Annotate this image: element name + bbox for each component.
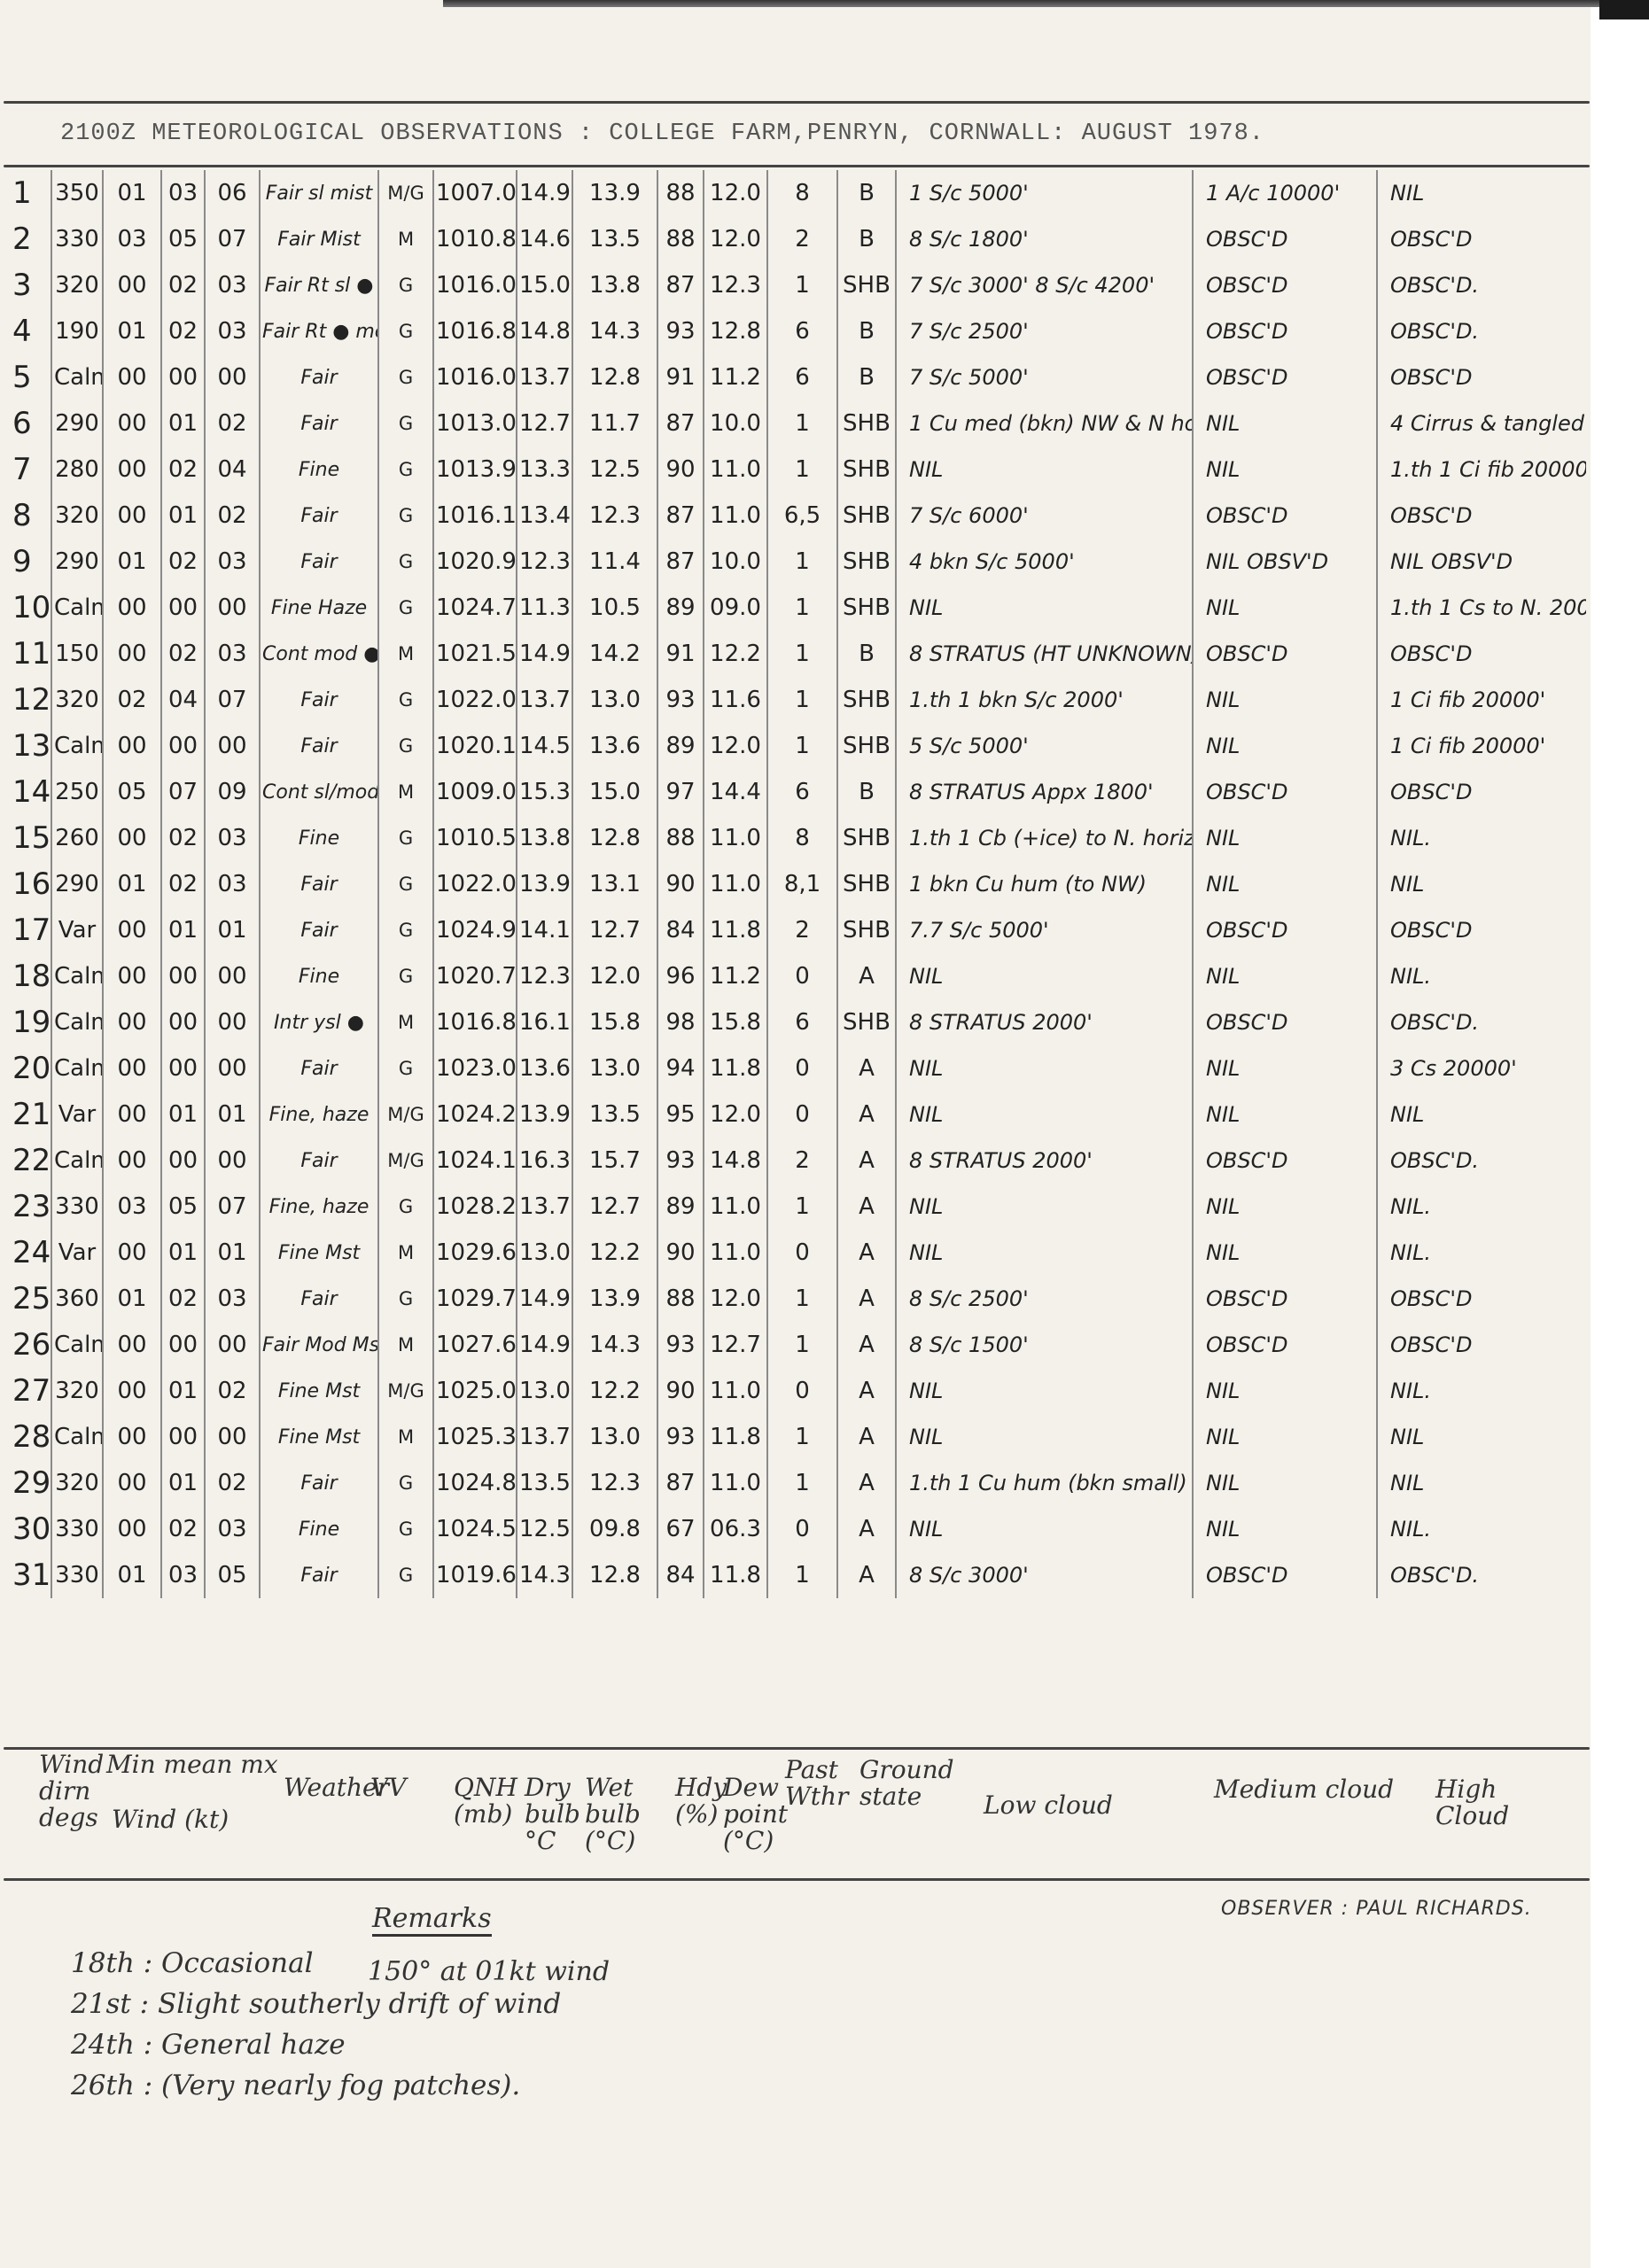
cell-min: 02	[103, 677, 161, 723]
cell-vv: G	[378, 447, 433, 493]
cell-max: 03	[205, 861, 260, 907]
cell-dew: 12.0	[704, 1091, 767, 1138]
cell-medium: OBSC'D	[1193, 493, 1377, 539]
cell-hum: 94	[657, 1045, 704, 1091]
scan-corner	[1599, 0, 1649, 19]
cell-hum: 87	[657, 539, 704, 585]
cell-hum: 88	[657, 170, 704, 216]
table-row: 23330030507Fine, hazeG1028.213.712.78911…	[5, 1184, 1586, 1230]
cell-weather: Fine Mst	[260, 1230, 378, 1276]
cell-dry: 16.3	[517, 1138, 572, 1184]
cell-day: 15	[5, 815, 51, 861]
cell-min: 03	[103, 216, 161, 262]
cell-medium: NIL	[1193, 447, 1377, 493]
cell-dir: 290	[51, 400, 103, 447]
table-row: 25360010203FairG1029.714.913.98812.01A8 …	[5, 1276, 1586, 1322]
cell-qnh: 1009.0	[433, 769, 517, 815]
legend-medium-cloud: Medium cloud	[1214, 1776, 1394, 1803]
cell-mean: 00	[161, 723, 205, 769]
table-row: 26Calm000000Fair Mod MstM1027.614.914.39…	[5, 1322, 1586, 1368]
cell-weather: Fair	[260, 354, 378, 400]
cell-max: 01	[205, 1230, 260, 1276]
remark-day: 26th :	[71, 2070, 152, 2101]
cell-day: 14	[5, 769, 51, 815]
cell-past: 1	[767, 262, 837, 308]
cell-mean: 02	[161, 815, 205, 861]
cell-past: 1	[767, 1276, 837, 1322]
table-row: 24Var000101Fine MstM1029.613.012.29011.0…	[5, 1230, 1586, 1276]
cell-dry: 15.3	[517, 769, 572, 815]
cell-day: 12	[5, 677, 51, 723]
cell-low: 7 S/c 5000'	[896, 354, 1193, 400]
cell-weather: Intr ysl ●	[260, 999, 378, 1045]
cell-dew: 12.2	[704, 631, 767, 677]
cell-day: 24	[5, 1230, 51, 1276]
cell-qnh: 1022.0	[433, 677, 517, 723]
cell-low: NIL	[896, 1091, 1193, 1138]
cell-max: 07	[205, 677, 260, 723]
page-title: 2100Z METEOROLOGICAL OBSERVATIONS : COLL…	[60, 120, 1567, 147]
legend-wet: Wet bulb (°C)	[585, 1775, 638, 1854]
cell-day: 3	[5, 262, 51, 308]
cell-high: NIL	[1377, 1460, 1586, 1506]
cell-day: 25	[5, 1276, 51, 1322]
cell-weather: Fair	[260, 1045, 378, 1091]
cell-dew: 11.0	[704, 1184, 767, 1230]
cell-past: 1	[767, 1184, 837, 1230]
cell-min: 01	[103, 1276, 161, 1322]
cell-day: 13	[5, 723, 51, 769]
cell-hum: 90	[657, 447, 704, 493]
cell-dir: Calm	[51, 999, 103, 1045]
cell-vv: M	[378, 1322, 433, 1368]
cell-weather: Fair	[260, 677, 378, 723]
column-legend: Wind dirn degs Min mean mx Wind (kt) Wea…	[18, 1750, 1577, 1856]
cell-dry: 13.7	[517, 1414, 572, 1460]
cell-min: 00	[103, 999, 161, 1045]
cell-vv: M	[378, 216, 433, 262]
cell-max: 02	[205, 493, 260, 539]
cell-vv: G	[378, 493, 433, 539]
cell-medium: OBSC'D	[1193, 308, 1377, 354]
cell-low: 1 S/c 5000'	[896, 170, 1193, 216]
cell-vv: M	[378, 769, 433, 815]
cell-past: 6	[767, 999, 837, 1045]
cell-wet: 13.6	[572, 723, 657, 769]
cell-dry: 12.7	[517, 400, 572, 447]
cell-min: 00	[103, 1138, 161, 1184]
cell-weather: Fair	[260, 861, 378, 907]
cell-past: 0	[767, 1506, 837, 1552]
cell-vv: G	[378, 308, 433, 354]
cell-low: 7 S/c 2500'	[896, 308, 1193, 354]
cell-ground: SHB	[837, 677, 896, 723]
cell-min: 03	[103, 1184, 161, 1230]
cell-max: 00	[205, 585, 260, 631]
cell-wet: 13.9	[572, 170, 657, 216]
cell-wet: 12.7	[572, 1184, 657, 1230]
cell-ground: A	[837, 1368, 896, 1414]
cell-weather: Fair Rt sl ●	[260, 262, 378, 308]
cell-weather: Fine Mst	[260, 1414, 378, 1460]
cell-max: 07	[205, 1184, 260, 1230]
cell-past: 0	[767, 1045, 837, 1091]
cell-qnh: 1016.0	[433, 262, 517, 308]
cell-hum: 87	[657, 493, 704, 539]
cell-qnh: 1016.8	[433, 308, 517, 354]
cell-dir: 330	[51, 216, 103, 262]
cell-wet: 13.5	[572, 1091, 657, 1138]
cell-hum: 93	[657, 1138, 704, 1184]
table-row: 11150000203Cont mod ●M1021.514.914.29112…	[5, 631, 1586, 677]
cell-max: 03	[205, 539, 260, 585]
cell-medium: NIL	[1193, 1414, 1377, 1460]
cell-low: NIL	[896, 953, 1193, 999]
cell-weather: Fair	[260, 1138, 378, 1184]
cell-vv: G	[378, 585, 433, 631]
cell-low: 4 bkn S/c 5000'	[896, 539, 1193, 585]
cell-ground: SHB	[837, 861, 896, 907]
cell-dry: 14.6	[517, 216, 572, 262]
cell-day: 7	[5, 447, 51, 493]
cell-medium: NIL OBSV'D	[1193, 539, 1377, 585]
cell-qnh: 1016.8	[433, 999, 517, 1045]
cell-day: 22	[5, 1138, 51, 1184]
cell-ground: A	[837, 1552, 896, 1598]
cell-day: 1	[5, 170, 51, 216]
cell-vv: G	[378, 1460, 433, 1506]
cell-max: 02	[205, 1460, 260, 1506]
cell-qnh: 1024.8	[433, 1460, 517, 1506]
cell-low: 1.th 1 Cu hum (bkn small) 2500'	[896, 1460, 1193, 1506]
cell-ground: A	[837, 1091, 896, 1138]
cell-max: 00	[205, 1138, 260, 1184]
cell-wet: 14.3	[572, 308, 657, 354]
cell-high: 3 Cs 20000'	[1377, 1045, 1586, 1091]
cell-medium: 1 A/c 10000'	[1193, 170, 1377, 216]
cell-wet: 14.2	[572, 631, 657, 677]
cell-medium: OBSC'D	[1193, 999, 1377, 1045]
cell-low: 1.th 1 Cb (+ice) to N. horizon	[896, 815, 1193, 861]
cell-dew: 12.0	[704, 723, 767, 769]
cell-min: 00	[103, 1045, 161, 1091]
cell-past: 1	[767, 447, 837, 493]
cell-high: OBSC'D.	[1377, 999, 1586, 1045]
cell-qnh: 1024.2	[433, 1091, 517, 1138]
cell-medium: NIL	[1193, 1230, 1377, 1276]
cell-high: OBSC'D	[1377, 631, 1586, 677]
cell-hum: 87	[657, 400, 704, 447]
cell-dir: 330	[51, 1184, 103, 1230]
cell-low: 8 STRATUS 2000'	[896, 999, 1193, 1045]
cell-ground: B	[837, 769, 896, 815]
cell-dew: 12.0	[704, 1276, 767, 1322]
table-row: 7280000204FineG1013.913.312.59011.01SHBN…	[5, 447, 1586, 493]
table-row: 30330000203FineG1024.512.509.86706.30ANI…	[5, 1506, 1586, 1552]
cell-qnh: 1029.7	[433, 1276, 517, 1322]
remark-18th-detail: 150° at 01kt wind	[368, 1956, 610, 1987]
cell-max: 06	[205, 170, 260, 216]
cell-wet: 13.5	[572, 216, 657, 262]
cell-dry: 13.9	[517, 1091, 572, 1138]
cell-vv: G	[378, 953, 433, 999]
cell-wet: 15.0	[572, 769, 657, 815]
cell-qnh: 1013.0	[433, 400, 517, 447]
cell-past: 8	[767, 815, 837, 861]
table-row: 14250050709Cont sl/mod ●M1009.015.315.09…	[5, 769, 1586, 815]
cell-qnh: 1024.1	[433, 1138, 517, 1184]
cell-dew: 11.0	[704, 815, 767, 861]
cell-qnh: 1013.9	[433, 447, 517, 493]
cell-wet: 15.8	[572, 999, 657, 1045]
cell-low: 8 STRATUS 2000'	[896, 1138, 1193, 1184]
table-row: 21Var000101Fine, hazeM/G1024.213.913.595…	[5, 1091, 1586, 1138]
cell-low: NIL	[896, 1184, 1193, 1230]
table-row: 19Calm000000Intr ysl ●M1016.816.115.8981…	[5, 999, 1586, 1045]
cell-dry: 14.1	[517, 907, 572, 953]
cell-weather: Fine Mst	[260, 1368, 378, 1414]
cell-max: 03	[205, 262, 260, 308]
cell-weather: Fine, haze	[260, 1184, 378, 1230]
cell-hum: 95	[657, 1091, 704, 1138]
cell-dir: 190	[51, 308, 103, 354]
cell-low: NIL	[896, 1506, 1193, 1552]
cell-dir: 320	[51, 493, 103, 539]
cell-low: 1 Cu med (bkn) NW & N horizons	[896, 400, 1193, 447]
cell-high: 1.th 1 Ci fib 20000'	[1377, 447, 1586, 493]
cell-medium: OBSC'D	[1193, 1552, 1377, 1598]
cell-past: 0	[767, 1368, 837, 1414]
cell-ground: SHB	[837, 907, 896, 953]
cell-vv: G	[378, 677, 433, 723]
cell-day: 18	[5, 953, 51, 999]
cell-ground: A	[837, 1506, 896, 1552]
cell-dew: 12.0	[704, 170, 767, 216]
cell-qnh: 1022.0	[433, 861, 517, 907]
cell-dry: 13.4	[517, 493, 572, 539]
cell-qnh: 1029.6	[433, 1230, 517, 1276]
cell-max: 02	[205, 1368, 260, 1414]
top-rule	[4, 101, 1590, 104]
cell-wet: 12.2	[572, 1368, 657, 1414]
cell-min: 00	[103, 400, 161, 447]
cell-medium: NIL	[1193, 400, 1377, 447]
cell-dew: 10.0	[704, 400, 767, 447]
cell-vv: G	[378, 1045, 433, 1091]
cell-high: NIL	[1377, 861, 1586, 907]
cell-day: 19	[5, 999, 51, 1045]
cell-ground: A	[837, 1276, 896, 1322]
cell-wet: 13.0	[572, 1414, 657, 1460]
cell-low: NIL	[896, 1045, 1193, 1091]
cell-dew: 10.0	[704, 539, 767, 585]
cell-high: NIL	[1377, 1414, 1586, 1460]
table-row: 8320000102FairG1016.113.412.38711.06,5SH…	[5, 493, 1586, 539]
cell-dry: 15.0	[517, 262, 572, 308]
cell-min: 00	[103, 1506, 161, 1552]
cell-day: 6	[5, 400, 51, 447]
cell-mean: 00	[161, 1322, 205, 1368]
observations-body: 1350010306Fair sl mistM/G1007.014.913.98…	[5, 170, 1586, 1598]
cell-high: NIL.	[1377, 1184, 1586, 1230]
cell-max: 07	[205, 216, 260, 262]
cell-hum: 89	[657, 585, 704, 631]
cell-min: 00	[103, 1414, 161, 1460]
cell-past: 8,1	[767, 861, 837, 907]
cell-dir: Var	[51, 1091, 103, 1138]
cell-hum: 84	[657, 1552, 704, 1598]
cell-medium: NIL	[1193, 723, 1377, 769]
cell-max: 04	[205, 447, 260, 493]
cell-high: OBSC'D.	[1377, 1552, 1586, 1598]
legend-past: Past Wthr	[785, 1757, 838, 1810]
cell-mean: 02	[161, 539, 205, 585]
table-row: 13Calm000000FairG1020.114.513.68912.01SH…	[5, 723, 1586, 769]
cell-low: 8 S/c 1500'	[896, 1322, 1193, 1368]
cell-day: 21	[5, 1091, 51, 1138]
cell-mean: 00	[161, 1138, 205, 1184]
cell-hum: 97	[657, 769, 704, 815]
cell-qnh: 1007.0	[433, 170, 517, 216]
cell-dew: 11.0	[704, 1460, 767, 1506]
cell-vv: G	[378, 907, 433, 953]
cell-high: OBSC'D	[1377, 907, 1586, 953]
cell-past: 1	[767, 723, 837, 769]
cell-vv: M/G	[378, 170, 433, 216]
cell-ground: A	[837, 1460, 896, 1506]
cell-vv: G	[378, 861, 433, 907]
cell-qnh: 1024.9	[433, 907, 517, 953]
cell-weather: Cont mod ●	[260, 631, 378, 677]
cell-low: NIL	[896, 1230, 1193, 1276]
cell-high: OBSC'D	[1377, 1322, 1586, 1368]
cell-dry: 12.5	[517, 1506, 572, 1552]
cell-ground: SHB	[837, 539, 896, 585]
cell-ground: A	[837, 1322, 896, 1368]
cell-high: OBSC'D	[1377, 354, 1586, 400]
table-row: 2330030507Fair MistM1010.814.613.58812.0…	[5, 216, 1586, 262]
cell-mean: 07	[161, 769, 205, 815]
cell-hum: 93	[657, 1414, 704, 1460]
cell-dir: Calm	[51, 1045, 103, 1091]
table-row: 27320000102Fine MstM/G1025.013.012.29011…	[5, 1368, 1586, 1414]
cell-wet: 12.2	[572, 1230, 657, 1276]
cell-high: NIL.	[1377, 815, 1586, 861]
cell-hum: 67	[657, 1506, 704, 1552]
cell-vv: G	[378, 1506, 433, 1552]
cell-mean: 00	[161, 953, 205, 999]
cell-max: 03	[205, 1276, 260, 1322]
cell-mean: 01	[161, 493, 205, 539]
cell-high: NIL.	[1377, 1506, 1586, 1552]
cell-hum: 89	[657, 1184, 704, 1230]
cell-vv: G	[378, 354, 433, 400]
cell-mean: 01	[161, 1368, 205, 1414]
cell-medium: NIL	[1193, 953, 1377, 999]
cell-medium: NIL	[1193, 1184, 1377, 1230]
cell-low: NIL	[896, 1414, 1193, 1460]
cell-high: NIL.	[1377, 1230, 1586, 1276]
cell-weather: Fair	[260, 1460, 378, 1506]
cell-medium: NIL	[1193, 1091, 1377, 1138]
cell-dir: Calm	[51, 1414, 103, 1460]
cell-high: OBSC'D.	[1377, 308, 1586, 354]
cell-dew: 11.0	[704, 861, 767, 907]
cell-qnh: 1020.1	[433, 723, 517, 769]
cell-ground: B	[837, 631, 896, 677]
cell-max: 00	[205, 723, 260, 769]
cell-past: 2	[767, 1138, 837, 1184]
cell-day: 17	[5, 907, 51, 953]
cell-day: 20	[5, 1045, 51, 1091]
cell-dir: 330	[51, 1506, 103, 1552]
cell-hum: 93	[657, 677, 704, 723]
cell-max: 01	[205, 1091, 260, 1138]
cell-mean: 02	[161, 308, 205, 354]
cell-wet: 12.8	[572, 1552, 657, 1598]
cell-max: 03	[205, 631, 260, 677]
cell-qnh: 1010.8	[433, 216, 517, 262]
cell-ground: SHB	[837, 400, 896, 447]
cell-dew: 11.2	[704, 354, 767, 400]
cell-past: 1	[767, 1322, 837, 1368]
cell-dew: 14.4	[704, 769, 767, 815]
cell-past: 2	[767, 216, 837, 262]
cell-dir: 320	[51, 1368, 103, 1414]
cell-weather: Fine	[260, 447, 378, 493]
remark-text: Occasional	[161, 1947, 313, 1979]
cell-weather: Fair	[260, 1276, 378, 1322]
cell-high: NIL.	[1377, 953, 1586, 999]
cell-dry: 12.3	[517, 539, 572, 585]
cell-mean: 04	[161, 677, 205, 723]
cell-medium: NIL	[1193, 1506, 1377, 1552]
observations-table: 1350010306Fair sl mistM/G1007.014.913.98…	[5, 170, 1586, 1598]
cell-wet: 13.9	[572, 1276, 657, 1322]
cell-min: 00	[103, 631, 161, 677]
cell-medium: OBSC'D	[1193, 769, 1377, 815]
cell-medium: NIL	[1193, 585, 1377, 631]
cell-low: 1.th 1 bkn S/c 2000'	[896, 677, 1193, 723]
cell-vv: G	[378, 539, 433, 585]
cell-wet: 12.7	[572, 907, 657, 953]
cell-day: 10	[5, 585, 51, 631]
cell-qnh: 1024.7	[433, 585, 517, 631]
cell-ground: SHB	[837, 723, 896, 769]
cell-wet: 09.8	[572, 1506, 657, 1552]
cell-min: 00	[103, 953, 161, 999]
cell-mean: 01	[161, 1460, 205, 1506]
remark-text: (Very nearly fog patches).	[161, 2070, 520, 2101]
cell-dir: Var	[51, 1230, 103, 1276]
cell-low: 8 STRATUS (HT UNKNOWN)	[896, 631, 1193, 677]
cell-medium: NIL	[1193, 677, 1377, 723]
remark-18th: 18th : Occasional	[71, 1947, 314, 1979]
cell-hum: 90	[657, 1368, 704, 1414]
cell-weather: Cont sl/mod ●	[260, 769, 378, 815]
remark-text: General haze	[161, 2029, 346, 2061]
cell-dew: 11.0	[704, 493, 767, 539]
cell-dew: 11.8	[704, 907, 767, 953]
cell-hum: 88	[657, 1276, 704, 1322]
cell-dry: 14.9	[517, 1276, 572, 1322]
cell-dry: 13.7	[517, 677, 572, 723]
cell-max: 00	[205, 354, 260, 400]
legend-ground: Ground state	[860, 1757, 930, 1810]
table-row: 3320000203Fair Rt sl ●G1016.015.013.8871…	[5, 262, 1586, 308]
cell-min: 00	[103, 723, 161, 769]
table-row: 31330010305FairG1019.614.312.88411.81A8 …	[5, 1552, 1586, 1598]
